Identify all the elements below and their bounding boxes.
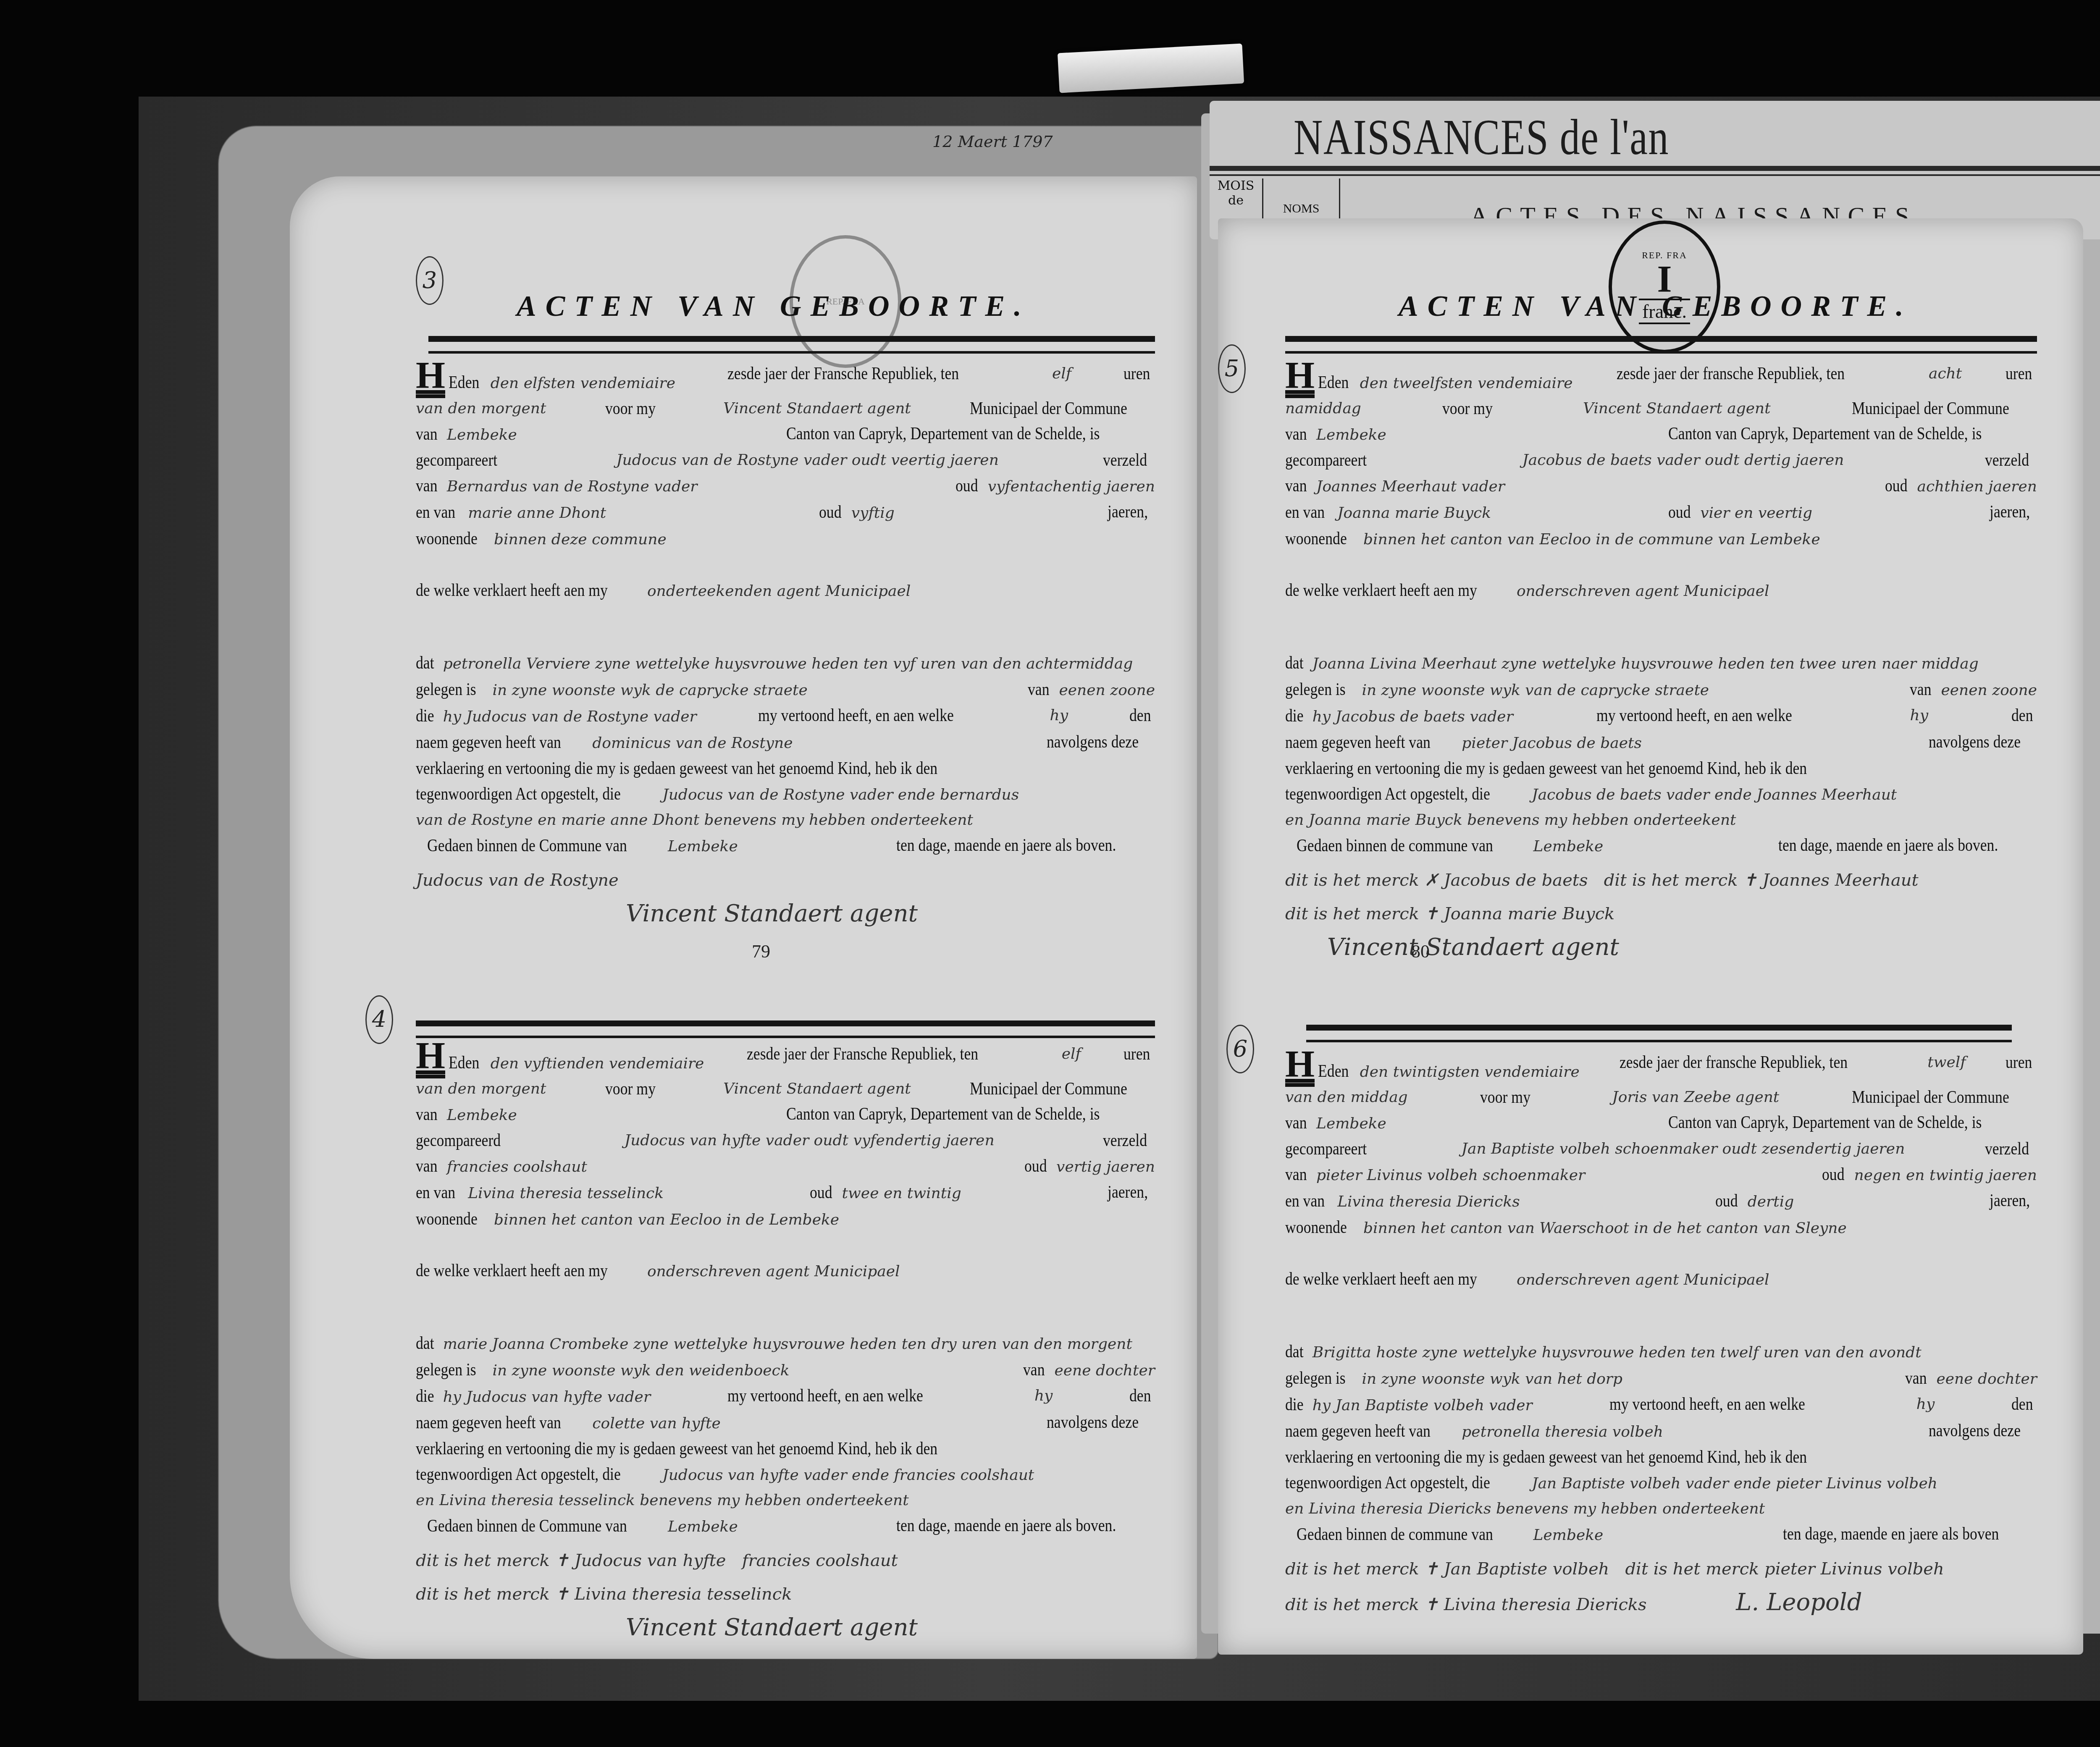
handwritten-child-sex: eenen zoone xyxy=(1941,682,2037,699)
handwritten-text: Judocus van de Rostyne vader ende bernar… xyxy=(662,786,1019,803)
left-page-title: ACTEN VAN GEBOORTE. xyxy=(517,290,1031,323)
title-rule xyxy=(1285,336,2037,354)
handwritten-residence: binnen het canton van Eecloo in de Lembe… xyxy=(494,1211,839,1228)
printed-text: my vertoond heeft, en aen welke xyxy=(1609,1392,1805,1418)
printed-text: ten dage, maende en jaere als boven. xyxy=(1778,833,1998,859)
printed-text: my vertoond heeft, en aen welke xyxy=(727,1383,923,1410)
handwritten-text: onderteekenden agent Municipael xyxy=(647,582,911,600)
entry-line: die hy Judocus van hyfte vadermy vertoon… xyxy=(416,1383,1155,1410)
printed-text: uren xyxy=(1123,361,1150,396)
handwritten-official: Vincent Standaert agent xyxy=(1583,396,1771,421)
printed-text: en van xyxy=(1285,1188,1325,1214)
entry-line: en van Livina theresia tesselinckoud twe… xyxy=(416,1180,1155,1206)
printed-text: naem gegeven heeft van xyxy=(1285,1419,1431,1444)
printed-text: Municipael der Commune xyxy=(970,396,1127,421)
entry-line: die hy Judocus van de Rostyne vadermy ve… xyxy=(416,703,1155,729)
printed-text: jaeren, xyxy=(1990,1188,2030,1215)
entry-line: van LembekeCanton van Capryk, Departemen… xyxy=(416,421,1155,448)
handwritten-text: onderschreven agent Municipael xyxy=(1517,1271,1769,1288)
printed-text: dat xyxy=(416,651,434,676)
printed-text: jaeren, xyxy=(1108,499,1148,526)
printed-text: de welke verklaert heeft aen my xyxy=(1285,578,1477,603)
handwritten-hour: elf xyxy=(1052,361,1071,396)
entry-line: verklaering en vertooning die my is geda… xyxy=(1285,756,2037,781)
handwritten-commune: Lembeke xyxy=(1316,426,1386,443)
handwritten-text: hy Judocus van de Rostyne vader xyxy=(443,708,697,725)
entry-line: en van marie anne Dhontoud vyftigjaeren, xyxy=(416,499,1155,526)
signature: pieter Livinus volbeh xyxy=(1764,1559,1944,1579)
handwritten-text: en Livina theresia tesselinck benevens m… xyxy=(416,1488,909,1513)
right-page-title: ACTEN VAN GEBOORTE. xyxy=(1399,290,1913,323)
entry-line: dat Brigitta hoste zyne wettelyke huysvr… xyxy=(1285,1339,2037,1365)
agent-signature: L. Leopold xyxy=(1736,1589,1862,1616)
entry-number-4: 4 xyxy=(365,995,393,1044)
handwritten-declarant: Jacobus de baets vader oudt dertig jaere… xyxy=(1522,448,1844,473)
printed-text: gelegen is xyxy=(416,1357,476,1382)
handwritten-text: Jan Baptiste volbeh vader ende pieter Li… xyxy=(1532,1475,1937,1492)
agent-signature: Vincent Standaert agent xyxy=(1327,935,2037,960)
entry-line: naem gegeven heeft van dominicus van de … xyxy=(416,729,1155,756)
handwritten-witness: marie anne Dhont xyxy=(468,504,606,522)
printed-text: voor my xyxy=(1480,1085,1530,1110)
printed-text: dat xyxy=(1285,651,1304,676)
printed-text: zesde jaer der fransche Republiek, ten xyxy=(1617,361,1845,396)
printed-text: navolgens deze xyxy=(1047,1410,1139,1436)
entry-line: verklaering en vertooning die my is geda… xyxy=(1285,1445,2037,1470)
printed-text: van xyxy=(1285,1162,1307,1187)
printed-text: tegenwoordigen Act opgestelt, die xyxy=(1285,782,1490,807)
mark-label: dit is het merck xyxy=(1625,1559,1759,1579)
entry-line: en Livina theresia Diericks benevens my … xyxy=(1285,1496,2037,1521)
printed-text: tegenwoordigen Act opgestelt, die xyxy=(416,1462,621,1487)
entry-line: verklaering en vertooning die my is geda… xyxy=(416,756,1155,781)
printed-text: oud xyxy=(1715,1188,1738,1214)
handwritten-place: in zyne woonste wyk den weidenboeck xyxy=(492,1362,789,1379)
entry-line: HEden den twintigsten vendemiairezesde j… xyxy=(1285,1050,2037,1085)
handwritten-date: den elfsten vendemiaire xyxy=(491,375,675,392)
entry-line: gelegen is in zyne woonste wyk van het d… xyxy=(1285,1365,2037,1392)
handwritten-hour: elf xyxy=(1062,1041,1081,1076)
handwritten-mother: marie Joanna Crombeke zyne wettelyke huy… xyxy=(443,1335,1132,1353)
handwritten-mother: Joanna Livina Meerhaut zyne wettelyke hu… xyxy=(1312,655,1979,672)
printed-text: van xyxy=(1285,473,1307,498)
printed-text: voor my xyxy=(605,1076,656,1102)
printed-text: van xyxy=(416,422,438,447)
handwritten-place: in zyne woonste wyk de caprycke straete xyxy=(492,682,807,699)
printed-text: Eden xyxy=(449,370,479,395)
handwritten-text: Judocus van hyfte vader ende francies co… xyxy=(662,1466,1034,1484)
entry-line: de welke verklaert heeft aen my ondersch… xyxy=(1285,577,2037,604)
mark-label: dit is het merck xyxy=(1285,904,1419,923)
entry-line: HEden den elfsten vendemiairezesde jaer … xyxy=(416,361,1155,396)
mark-label: dit is het merck xyxy=(1604,871,1738,890)
handwritten-witness: francies coolshaut xyxy=(447,1158,587,1175)
birth-entry: HEden den vyftienden vendemiairezesde ja… xyxy=(416,1041,1155,1640)
printed-text: en van xyxy=(416,500,455,525)
entry-line: dat Joanna Livina Meerhaut zyne wettelyk… xyxy=(1285,650,2037,677)
entry-line: naem gegeven heeft van pieter Jacobus de… xyxy=(1285,729,2037,756)
printed-text: Gedaen binnen de Commune van xyxy=(427,1514,627,1539)
printed-text: den xyxy=(2011,703,2033,729)
entry-line: en Livina theresia tesselinck benevens m… xyxy=(416,1488,1155,1513)
handwritten-child-name: colette van hyfte xyxy=(592,1415,720,1432)
signature: Judocus van hyfte xyxy=(575,1551,726,1570)
printed-text: woonende xyxy=(1285,1215,1347,1240)
printed-text: oud xyxy=(955,473,978,498)
entry-line: gecompareertJan Baptiste volbeh schoenma… xyxy=(1285,1136,2037,1162)
entry-line: Gedaen binnen de Commune van Lembeketen … xyxy=(416,1513,1155,1540)
handwritten-text: en Joanna marie Buyck benevens my hebben… xyxy=(1285,808,1736,833)
mark-label: dit is het merck xyxy=(1285,1595,1419,1614)
entry-line: gecompareertJacobus de baets vader oudt … xyxy=(1285,448,2037,473)
handwritten-official: Joris van Zeebe agent xyxy=(1612,1085,1779,1110)
printed-text: de welke verklaert heeft aen my xyxy=(1285,1267,1477,1292)
printed-text: verzeld xyxy=(1103,448,1147,473)
printed-text: oud xyxy=(1668,500,1691,525)
entry-number-3: 3 xyxy=(416,256,444,305)
handwritten-age: vertig jaeren xyxy=(1056,1158,1155,1175)
entry-separator-rule xyxy=(416,1020,1155,1038)
initial-h-icon: H xyxy=(416,355,445,396)
printed-text: dat xyxy=(1285,1339,1304,1364)
handwritten-commune: Lembeke xyxy=(1533,1527,1604,1544)
mark-label: dit is het merck xyxy=(1285,1559,1419,1579)
printed-text: den xyxy=(1129,1383,1151,1410)
entry-line: woonende binnen het canton van Waerschoo… xyxy=(1285,1215,2037,1241)
entry-number-5: 5 xyxy=(1218,344,1246,393)
handwritten-text: en Livina theresia Diericks benevens my … xyxy=(1285,1496,1765,1521)
entry-line: van Bernardus van de Rostyne vaderoud vy… xyxy=(416,473,1155,499)
entry-line: gecompareerdJudocus van hyfte vader oudt… xyxy=(416,1128,1155,1153)
handwritten-date: den tweelfsten vendemiaire xyxy=(1360,375,1573,392)
entry-line: en van Livina theresia Diericksoud derti… xyxy=(1285,1188,2037,1215)
handwritten-text: hy xyxy=(1916,1392,1935,1418)
entry-line: van LembekeCanton van Capryk, Departemen… xyxy=(416,1102,1155,1128)
handwritten-text: Jacobus de baets vader ende Joannes Meer… xyxy=(1532,786,1897,803)
handwritten-date: den twintigsten vendemiaire xyxy=(1360,1063,1580,1081)
printed-text: van xyxy=(1028,677,1050,702)
handwritten-text: hy xyxy=(1910,703,1929,729)
handwritten-commune: Lembeke xyxy=(668,838,738,855)
printed-text: Gedaen binnen de commune van xyxy=(1297,833,1493,858)
entry-separator-rule xyxy=(1306,1025,2012,1042)
printed-text: Canton van Capryk, Departement van de Sc… xyxy=(786,1102,1100,1128)
entry-number-6: 6 xyxy=(1226,1025,1254,1073)
printed-text: gecompareerd xyxy=(416,1128,501,1153)
signature-block: dit is het merck ✝ Judocus van hyfte fra… xyxy=(416,1548,1155,1573)
birth-entry: HEden den twintigsten vendemiairezesde j… xyxy=(1285,1050,2037,1617)
signature: Joannes Meerhaut xyxy=(1762,871,1918,890)
handwritten-text: hy xyxy=(1050,703,1068,729)
entry-line: tegenwoordigen Act opgestelt, die Judocu… xyxy=(416,781,1155,808)
printed-text: Canton van Capryk, Departement van de Sc… xyxy=(1668,421,1982,448)
entry-line: HEden den vyftienden vendemiairezesde ja… xyxy=(416,1041,1155,1076)
entry-line: HEden den tweelfsten vendemiairezesde ja… xyxy=(1285,361,2037,396)
printed-text: voor my xyxy=(605,396,656,421)
handwritten-age: twee en twintig xyxy=(842,1185,961,1202)
printed-text: oud xyxy=(1885,473,1908,498)
handwritten-commune: Lembeke xyxy=(668,1518,738,1535)
printed-text: ten dage, maende en jaere als boven xyxy=(1783,1521,1999,1548)
signature-block: dit is het merck ✝ Livina theresia tesse… xyxy=(416,1582,1155,1607)
printed-text: van xyxy=(1285,1110,1307,1136)
handwritten-text: onderschreven agent Municipael xyxy=(647,1263,900,1280)
handwritten-commune: Lembeke xyxy=(447,426,517,443)
mark-label: dit is het merck xyxy=(416,1584,550,1604)
printed-text: my vertoond heeft, en aen welke xyxy=(758,703,954,729)
printed-text: verzeld xyxy=(1985,1136,2029,1162)
printed-text: die xyxy=(1285,1392,1304,1417)
printed-text: van xyxy=(416,1102,438,1127)
entry-line: die hy Jacobus de baets vadermy vertoond… xyxy=(1285,703,2037,729)
entry-line: Gedaen binnen de Commune van Lembeketen … xyxy=(416,833,1155,859)
agent-signature: Vincent Standaert agent xyxy=(626,1615,1155,1640)
handwritten-mother: Brigitta hoste zyne wettelyke huysvrouwe… xyxy=(1312,1344,1921,1361)
title-rule xyxy=(428,336,1155,354)
handwritten-witness: Livina theresia tesselinck xyxy=(468,1185,664,1202)
signature-block: dit is het merck ✝ Livina theresia Dieri… xyxy=(1285,1590,2037,1617)
printed-text: gelegen is xyxy=(1285,1366,1346,1391)
handwritten-witness: pieter Livinus volbeh schoenmaker xyxy=(1316,1167,1585,1184)
birth-entry: HEden den elfsten vendemiairezesde jaer … xyxy=(416,361,1155,926)
mark-label: dit is het merck xyxy=(1285,871,1419,890)
printed-text: naem gegeven heeft van xyxy=(1285,730,1431,755)
entry-line: naem gegeven heeft van petronella theres… xyxy=(1285,1418,2037,1445)
entry-line: de welke verklaert heeft aen my ondersch… xyxy=(416,1258,1155,1284)
initial-h-icon: H xyxy=(416,1035,445,1077)
handwritten-child-sex: eene dochter xyxy=(1054,1362,1155,1379)
printed-text: jaeren, xyxy=(1108,1180,1148,1206)
handwritten-official: Vincent Standaert agent xyxy=(723,1076,911,1102)
handwritten-child-name: petronella theresia volbeh xyxy=(1462,1423,1663,1440)
signature-block: dit is het merck ✝ Jan Baptiste volbeh d… xyxy=(1285,1556,2037,1582)
entry-line: van den morgentvoor myVincent Standaert … xyxy=(416,1076,1155,1102)
printed-text: van xyxy=(1905,1366,1927,1391)
printed-text: verklaering en vertooning die my is geda… xyxy=(416,756,937,781)
tax-stamp: REP. FRA I franc. xyxy=(1609,220,1720,353)
printed-text: navolgens deze xyxy=(1047,729,1139,756)
printed-text: gecompareert xyxy=(1285,448,1367,473)
handwritten-declarant: Judocus van de Rostyne vader oudt veerti… xyxy=(616,448,999,473)
entry-line: naem gegeven heeft van colette van hyfte… xyxy=(416,1410,1155,1436)
handwritten-declarant: Judocus van hyfte vader oudt vyfendertig… xyxy=(625,1128,995,1153)
handwritten-commune: Lembeke xyxy=(1316,1115,1386,1132)
handwritten-witness: Livina theresia Diericks xyxy=(1337,1193,1520,1210)
printed-text: Municipael der Commune xyxy=(1852,396,2009,421)
printed-text: Canton van Capryk, Departement van de Sc… xyxy=(1668,1110,1982,1136)
signature-block: dit is het merck ✗ Jacobus de baets dit … xyxy=(1285,868,2037,893)
paper-tag xyxy=(1058,44,1244,93)
printed-text: voor my xyxy=(1442,396,1493,421)
handwritten-child-name: dominicus van de Rostyne xyxy=(592,734,793,752)
printed-text: van xyxy=(416,1154,438,1179)
agent-signature: Vincent Standaert agent xyxy=(626,901,1155,926)
entry-line: Gedaen binnen de commune van Lembeketen … xyxy=(1285,833,2037,859)
handwritten-text: van de Rostyne en marie anne Dhont benev… xyxy=(416,808,973,833)
birth-entry: HEden den tweelfsten vendemiairezesde ja… xyxy=(1285,361,2037,960)
entry-line: dat petronella Verviere zyne wettelyke h… xyxy=(416,650,1155,677)
printed-text: uren xyxy=(1123,1041,1150,1076)
entry-line: en Joanna marie Buyck benevens my hebben… xyxy=(1285,808,2037,833)
signature-block: dit is het merck ✝ Joanna marie Buyck xyxy=(1285,901,2037,926)
printed-text: die xyxy=(416,703,434,729)
signature: Judocus van de Rostyne xyxy=(416,868,1155,893)
handwritten-place: in zyne woonste wyk van de caprycke stra… xyxy=(1362,682,1709,699)
handwritten-age: vier en veertig xyxy=(1700,504,1812,522)
handwritten-witness: Joanna marie Buyck xyxy=(1337,504,1491,522)
header-rule-thin xyxy=(1210,174,2100,176)
printed-text: dat xyxy=(416,1331,434,1356)
handwritten-place: in zyne woonste wyk van het dorp xyxy=(1362,1370,1622,1388)
handwritten-commune: Lembeke xyxy=(1533,838,1604,855)
printed-text: uren xyxy=(2005,361,2032,396)
printed-text: naem gegeven heeft van xyxy=(416,1410,561,1435)
signature: Jacobus de baets xyxy=(1444,871,1588,890)
printed-text: Eden xyxy=(1318,370,1349,395)
signature: Livina theresia tesselinck xyxy=(575,1584,792,1604)
handwritten-hour: twelf xyxy=(1927,1050,1966,1085)
entry-line: verklaering en vertooning die my is geda… xyxy=(416,1436,1155,1461)
printed-text: van xyxy=(1910,677,1932,702)
printed-text: den xyxy=(2011,1392,2033,1418)
initial-h-icon: H xyxy=(1285,355,1315,396)
header-rule xyxy=(1210,166,2100,171)
entry-line: gelegen is in zyne woonste wyk de capryc… xyxy=(416,677,1155,703)
printed-text: verzeld xyxy=(1985,448,2029,473)
printed-text: zesde jaer der Fransche Republiek, ten xyxy=(727,361,959,396)
handwritten-age: achthien jaeren xyxy=(1917,478,2037,495)
printed-text: Canton van Capryk, Departement van de Sc… xyxy=(786,421,1100,448)
entry-line: van Joannes Meerhaut vaderoud achthien j… xyxy=(1285,473,2037,499)
folio-number: 80 xyxy=(1411,941,1430,962)
printed-text: de welke verklaert heeft aen my xyxy=(416,1258,608,1283)
printed-text: van xyxy=(416,473,438,498)
entry-line: van den middagvoor myJoris van Zeebe age… xyxy=(1285,1085,2037,1110)
entry-line: tegenwoordigen Act opgestelt, die Judocu… xyxy=(416,1461,1155,1488)
printed-text: zesde jaer der Fransche Republiek, ten xyxy=(747,1041,978,1076)
handwritten-declarant: Jan Baptiste volbeh schoenmaker oudt zes… xyxy=(1462,1136,1905,1162)
printed-text: die xyxy=(1285,703,1304,729)
printed-text: van xyxy=(1285,422,1307,447)
entry-line: woonende binnen het canton van Eecloo in… xyxy=(416,1206,1155,1233)
initial-h-icon: H xyxy=(1285,1044,1315,1085)
entry-line: de welke verklaert heeft aen my ondersch… xyxy=(1285,1266,2037,1293)
entry-line: gelegen is in zyne woonste wyk van de ca… xyxy=(1285,677,2037,703)
signature: Joanna marie Buyck xyxy=(1444,904,1615,923)
printed-text: Municipael der Commune xyxy=(970,1076,1127,1102)
printed-text: woonende xyxy=(1285,526,1347,551)
entry-line: van den morgentvoor myVincent Standaert … xyxy=(416,396,1155,421)
entry-line: woonende binnen het canton van Eecloo in… xyxy=(1285,526,2037,552)
register-title: NAISSANCES de l'an xyxy=(1294,108,1669,166)
printed-text: oud xyxy=(819,500,842,525)
handwritten-residence: binnen deze commune xyxy=(494,531,667,548)
printed-text: Municipael der Commune xyxy=(1852,1085,2009,1110)
entry-line: die hy Jan Baptiste volbeh vadermy verto… xyxy=(1285,1392,2037,1418)
handwritten-age: negen en twintig jaeren xyxy=(1854,1167,2037,1184)
printed-text: verklaering en vertooning die my is geda… xyxy=(1285,1445,1807,1470)
handwritten-time: van den morgent xyxy=(416,396,546,421)
entry-line: van LembekeCanton van Capryk, Departemen… xyxy=(1285,421,2037,448)
printed-text: en van xyxy=(1285,500,1325,525)
printed-text: gecompareert xyxy=(416,448,497,473)
printed-text: Eden xyxy=(449,1050,479,1075)
printed-text: tegenwoordigen Act opgestelt, die xyxy=(416,782,621,807)
handwritten-hour: acht xyxy=(1929,361,1962,396)
handwritten-child-sex: eene dochter xyxy=(1936,1370,2037,1388)
handwritten-mother: petronella Verviere zyne wettelyke huysv… xyxy=(443,655,1133,672)
printed-text: navolgens deze xyxy=(1929,729,2021,756)
handwritten-age: vyftig xyxy=(851,504,895,522)
printed-text: my vertoond heeft, en aen welke xyxy=(1596,703,1792,729)
printed-text: ten dage, maende en jaere als boven. xyxy=(896,833,1116,859)
entry-line: van de Rostyne en marie anne Dhont benev… xyxy=(416,808,1155,833)
printed-text: en van xyxy=(416,1180,455,1205)
entry-line: de welke verklaert heeft aen my ondertee… xyxy=(416,577,1155,604)
signature: Jan Baptiste volbeh xyxy=(1444,1559,1609,1579)
entry-line: dat marie Joanna Crombeke zyne wettelyke… xyxy=(416,1330,1155,1357)
printed-text: verzeld xyxy=(1103,1128,1147,1153)
printed-text: oud xyxy=(1024,1154,1047,1179)
entry-line: gelegen is in zyne woonste wyk den weide… xyxy=(416,1357,1155,1383)
entry-line: gecompareertJudocus van de Rostyne vader… xyxy=(416,448,1155,473)
handwritten-age: dertig xyxy=(1748,1193,1794,1210)
handwritten-official: Vincent Standaert agent xyxy=(723,396,911,421)
handwritten-time: namiddag xyxy=(1285,396,1361,421)
mark-label: dit is het merck xyxy=(416,1551,550,1570)
handwritten-age: vyfentachentig jaeren xyxy=(988,478,1155,495)
printed-text: jaeren, xyxy=(1990,499,2030,526)
entry-line: en van Joanna marie Buyckoud vier en vee… xyxy=(1285,499,2037,526)
printed-text: naem gegeven heeft van xyxy=(416,730,561,755)
handwritten-time: van den morgent xyxy=(416,1076,546,1102)
folio-number: 79 xyxy=(752,941,770,962)
printed-text: verklaering en vertooning die my is geda… xyxy=(416,1436,937,1461)
handwritten-witness: Joannes Meerhaut vader xyxy=(1316,478,1505,495)
printed-text: woonende xyxy=(416,526,478,551)
handwritten-text: hy Jan Baptiste volbeh vader xyxy=(1312,1397,1533,1414)
printed-text: ten dage, maende en jaere als boven. xyxy=(896,1513,1116,1540)
entry-line: van pieter Livinus volbeh schoenmakeroud… xyxy=(1285,1162,2037,1188)
printed-text: oud xyxy=(1822,1162,1845,1187)
printed-text: oud xyxy=(810,1180,832,1205)
handwritten-child-name: pieter Jacobus de baets xyxy=(1462,734,1642,752)
printed-text: Gedaen binnen de Commune van xyxy=(427,833,627,858)
handwritten-date: den vyftienden vendemiaire xyxy=(491,1055,704,1072)
handwritten-commune: Lembeke xyxy=(447,1107,517,1124)
entry-line: namiddagvoor myVincent Standaert agentMu… xyxy=(1285,396,2037,421)
signature: francies coolshaut xyxy=(742,1551,898,1570)
entry-line: woonende binnen deze commune xyxy=(416,526,1155,552)
printed-text: gecompareert xyxy=(1285,1136,1367,1162)
entry-line: van francies coolshautoud vertig jaeren xyxy=(416,1153,1155,1180)
printed-text: verklaering en vertooning die my is geda… xyxy=(1285,756,1807,781)
printed-text: tegenwoordigen Act opgestelt, die xyxy=(1285,1470,1490,1495)
printed-text: de welke verklaert heeft aen my xyxy=(416,578,608,603)
handwritten-child-sex: eenen zoone xyxy=(1059,682,1155,699)
entry-line: tegenwoordigen Act opgestelt, die Jacobu… xyxy=(1285,781,2037,808)
handwritten-time: van den middag xyxy=(1285,1085,1408,1110)
handwritten-text: hy Jacobus de baets vader xyxy=(1312,708,1513,725)
printed-text: Eden xyxy=(1318,1059,1349,1084)
printed-text: woonende xyxy=(416,1207,478,1232)
handwritten-residence: binnen het canton van Waerschoot in de h… xyxy=(1363,1220,1847,1237)
printed-text: gelegen is xyxy=(416,677,476,702)
printed-text: gelegen is xyxy=(1285,677,1346,702)
signature: Livina theresia Diericks xyxy=(1444,1595,1647,1614)
entry-line: tegenwoordigen Act opgestelt, die Jan Ba… xyxy=(1285,1470,2037,1496)
entry-line: Gedaen binnen de commune van Lembeketen … xyxy=(1285,1521,2037,1548)
